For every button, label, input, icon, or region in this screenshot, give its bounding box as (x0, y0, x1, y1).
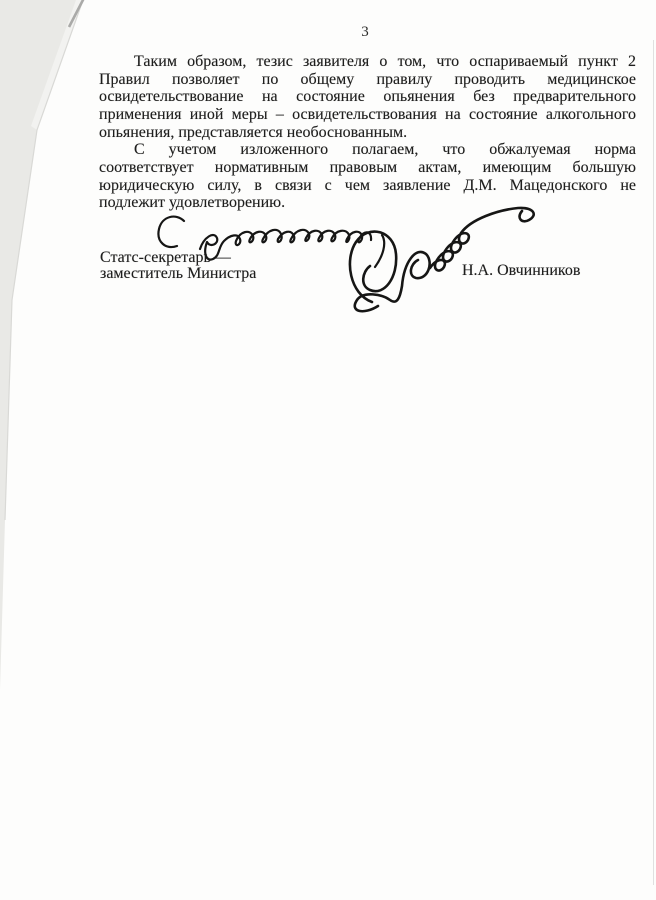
page-corner-fold-artifact (0, 0, 110, 900)
letter-body: Таким образом, тезис заявителя о том, чт… (99, 53, 636, 212)
paragraph-1: Таким образом, тезис заявителя о том, чт… (99, 53, 636, 141)
signature-stroke (350, 208, 534, 311)
fold-edge-line (5, 0, 83, 520)
text-line: освидетельствование на состояние опьянен… (99, 88, 636, 106)
paragraph-2: С учетом изложенного полагаем, что обжал… (99, 141, 636, 212)
signer-position-line2: заместитель Министра (100, 265, 256, 283)
text-line: подлежит удовлетворению. (99, 194, 636, 212)
text-line: опьянения, представляется необоснованным… (99, 124, 636, 142)
scan-edge-line (653, 40, 654, 885)
signer-name: Н.А. Овчинников (462, 262, 580, 280)
text-line: соответствует нормативным правовым актам… (99, 159, 636, 177)
fold-crease-line (69, 0, 84, 27)
signature-ink (338, 202, 573, 320)
text-line: применения иной меры – освидетельствован… (99, 106, 636, 124)
text-line: Таким образом, тезис заявителя о том, чт… (99, 53, 636, 71)
fold-edge-highlight (31, 0, 83, 130)
text-line: Правил позволяет по общему правилу прово… (99, 71, 636, 89)
fold-shadow-shape (0, 0, 83, 690)
document-page: 3 Таким образом, тезис заявителя о том, … (0, 0, 656, 900)
text-line: юридическую силу, в связи с чем заявлени… (99, 177, 636, 195)
page-number: 3 (351, 24, 379, 41)
text-line: С учетом изложенного полагаем, что обжал… (99, 141, 636, 159)
